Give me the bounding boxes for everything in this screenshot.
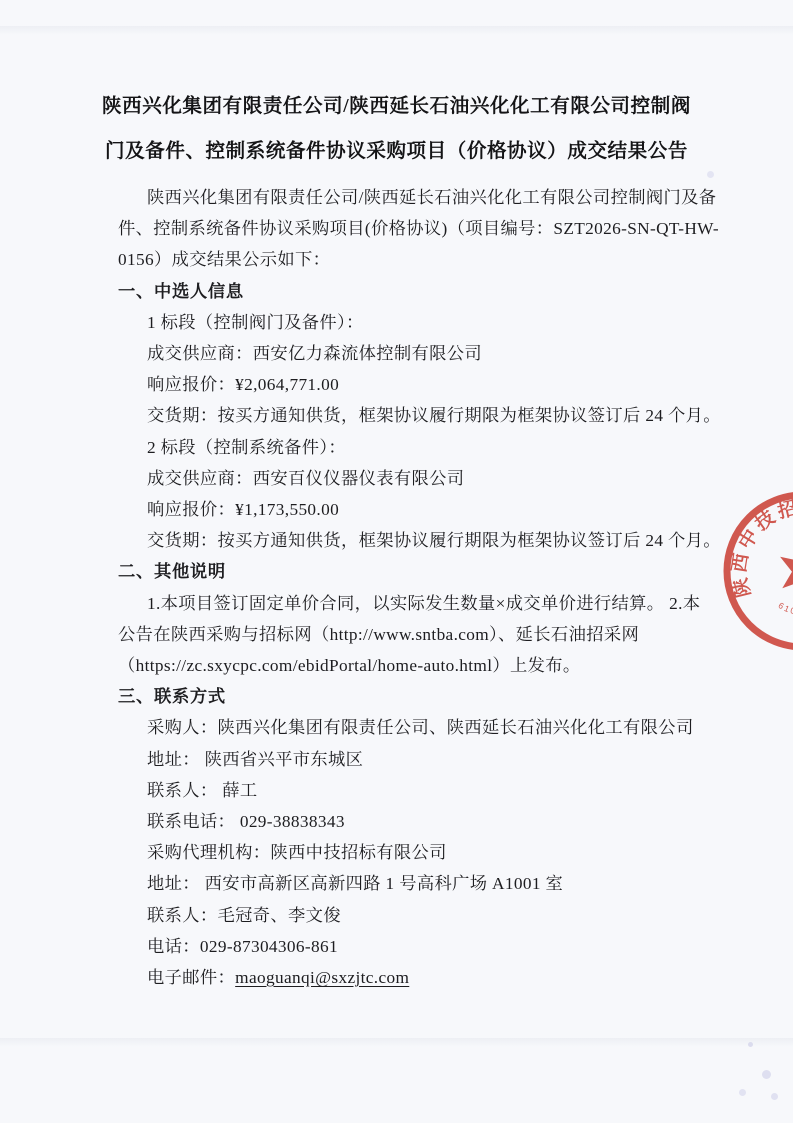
doc-line: 件、控制系统备件协议采购项目(价格协议)（项目编号：SZT2026-SN-QT-… xyxy=(118,213,758,244)
doc-line: 联系人： 薛工 xyxy=(118,775,758,806)
scan-artifact-band xyxy=(0,26,793,35)
document-body: 陕西兴化集团有限责任公司/陕西延长石油兴化化工有限公司控制阀门及备件、控制系统备… xyxy=(118,182,758,993)
doc-line: 电话：029-87304306-861 xyxy=(118,931,758,962)
doc-line: （https://zc.sxycpc.com/ebidPortal/home-a… xyxy=(118,650,758,681)
doc-line: 成交供应商：西安百仪仪器仪表有限公司 xyxy=(118,463,758,494)
official-seal: 陕西中技招标有限公司 6101990 xyxy=(718,486,793,656)
doc-line: 联系人：毛冠奇、李文俊 xyxy=(118,900,758,931)
document-title-line1: 陕西兴化集团有限责任公司/陕西延长石油兴化化工有限公司控制阀 xyxy=(0,84,793,129)
email-link[interactable]: maoguanqi@sxzjtc.com xyxy=(235,968,409,987)
doc-line: 三、联系方式 xyxy=(118,681,758,712)
doc-line: 交货期：按买方通知供货，框架协议履行期限为框架协议签订后 24 个月。 xyxy=(118,525,758,556)
doc-line: 陕西兴化集团有限责任公司/陕西延长石油兴化化工有限公司控制阀门及备 xyxy=(118,182,758,213)
document-title-line2: 门及备件、控制系统备件协议采购项目（价格协议）成交结果公告 xyxy=(0,129,793,174)
doc-line: 公告在陕西采购与招标网（http://www.sntba.com）、延长石油招采… xyxy=(118,619,758,650)
doc-line: 地址： 西安市高新区高新四路 1 号高科广场 A1001 室 xyxy=(118,868,758,899)
scan-artifact-band xyxy=(0,1038,793,1047)
seal-serial-text: 6101990 xyxy=(777,600,793,617)
seal-star-icon xyxy=(773,539,793,599)
doc-line: 1.本项目签订固定单价合同，以实际发生数量×成交单价进行结算。 2.本 xyxy=(118,588,758,619)
doc-line: 采购代理机构：陕西中技招标有限公司 xyxy=(118,837,758,868)
doc-line: 成交供应商：西安亿力森流体控制有限公司 xyxy=(118,338,758,369)
doc-line: 一、中选人信息 xyxy=(118,276,758,307)
doc-line: 采购人：陕西兴化集团有限责任公司、陕西延长石油兴化化工有限公司 xyxy=(118,712,758,743)
svg-text:6101990: 6101990 xyxy=(777,600,793,617)
doc-line: 联系电话： 029-38838343 xyxy=(118,806,758,837)
document-title: 陕西兴化集团有限责任公司/陕西延长石油兴化化工有限公司控制阀 门及备件、控制系统… xyxy=(0,84,793,174)
doc-line: 交货期：按买方通知供货，框架协议履行期限为框架协议签订后 24 个月。 xyxy=(118,400,758,431)
doc-line: 响应报价：¥1,173,550.00 xyxy=(118,494,758,525)
doc-line: 地址： 陕西省兴平市东城区 xyxy=(118,744,758,775)
doc-line: 二、其他说明 xyxy=(118,556,758,587)
doc-line: 电子邮件：maoguanqi@sxzjtc.com xyxy=(118,962,758,993)
doc-line: 响应报价：¥2,064,771.00 xyxy=(118,369,758,400)
page: 陕西兴化集团有限责任公司/陕西延长石油兴化化工有限公司控制阀 门及备件、控制系统… xyxy=(0,0,793,1123)
scan-speckles xyxy=(748,1042,753,1047)
seal-stamp-icon: 陕西中技招标有限公司 6101990 xyxy=(718,486,793,656)
doc-line: 2 标段（控制系统备件）： xyxy=(118,432,758,463)
doc-line: 1 标段（控制阀门及备件）： xyxy=(118,307,758,338)
doc-line: 0156）成交结果公示如下： xyxy=(118,244,758,275)
